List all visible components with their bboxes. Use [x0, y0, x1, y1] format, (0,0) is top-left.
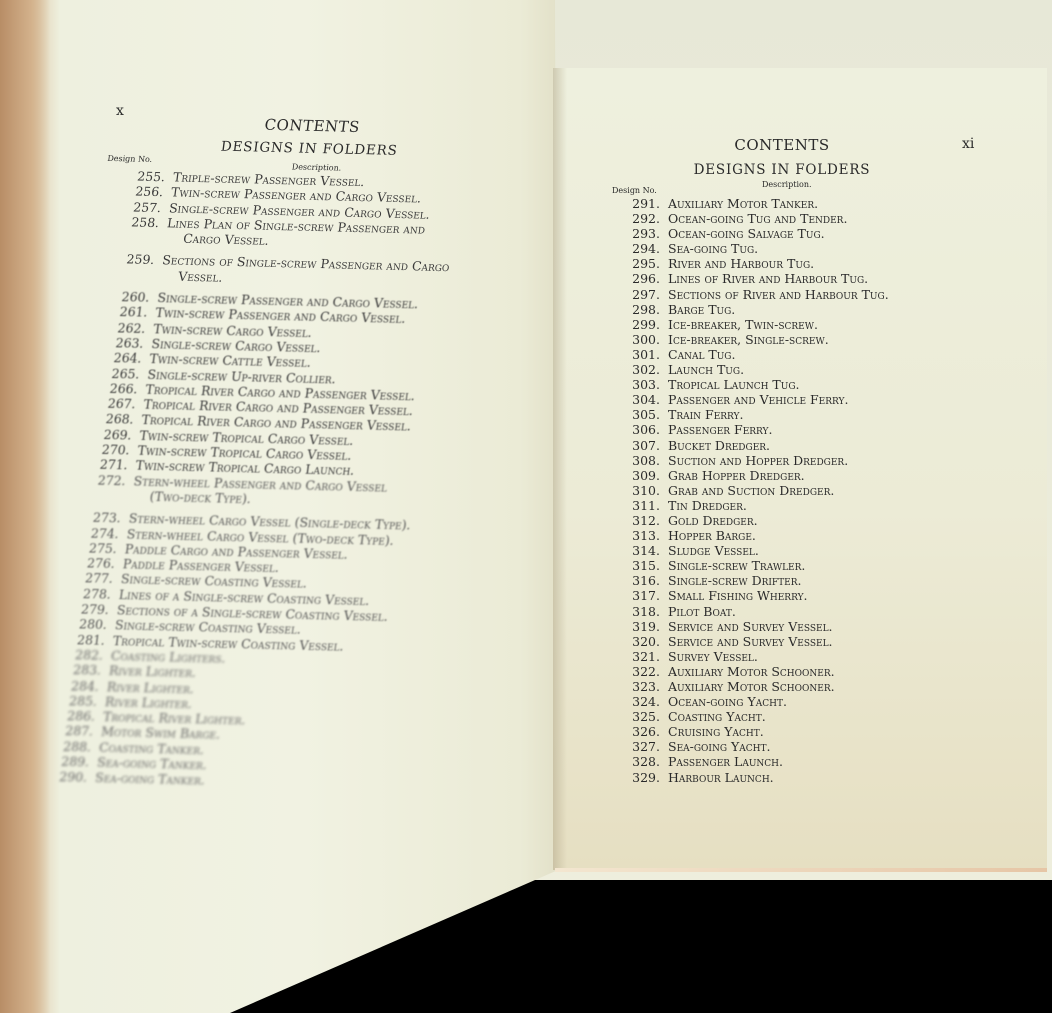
design-number: 275. — [56, 540, 126, 557]
design-number: 256. — [102, 183, 172, 200]
list-item: 297.Sections of River and Harbour Tug. — [612, 287, 952, 302]
design-number: 310. — [612, 483, 668, 498]
design-description: Small Fishing Wherry. — [668, 588, 952, 603]
design-description: Sludge Vessel. — [668, 543, 952, 558]
design-description: Auxiliary Motor Schooner. — [668, 679, 952, 694]
design-description: Grab Hopper Dredger. — [668, 468, 952, 483]
design-number: 325. — [612, 709, 668, 724]
list-item: 321.Survey Vessel. — [612, 649, 952, 664]
design-description: Pilot Boat. — [668, 604, 952, 619]
design-number: 326. — [612, 724, 668, 739]
design-description: Auxiliary Motor Tanker. — [668, 196, 952, 211]
design-description: Canal Tug. — [668, 347, 952, 362]
list-item: 298.Barge Tug. — [612, 302, 952, 317]
design-number: 264. — [81, 350, 151, 367]
list-item: 307.Bucket Dredger. — [612, 438, 952, 453]
list-item: 324.Ocean-going Yacht. — [612, 694, 952, 709]
design-number: 257. — [100, 198, 170, 215]
design-description: Grab and Suction Dredger. — [668, 483, 952, 498]
design-number: 277. — [52, 570, 122, 587]
design-number: 279. — [48, 601, 118, 618]
design-number: 255. — [104, 168, 174, 185]
design-number: 288. — [30, 738, 100, 755]
list-item: 316.Single-screw Drifter. — [612, 573, 952, 588]
design-number: 318. — [612, 604, 668, 619]
list-item: 328.Passenger Launch. — [612, 754, 952, 769]
list-item: 291.Auxiliary Motor Tanker. — [612, 196, 952, 211]
design-number: 271. — [67, 456, 137, 473]
design-number: 258. — [98, 214, 168, 231]
design-number: 314. — [612, 543, 668, 558]
design-description: Tin Dredger. — [668, 498, 952, 513]
list-item: 303.Tropical Launch Tug. — [612, 377, 952, 392]
design-description: Passenger Ferry. — [668, 422, 952, 437]
design-description: Cruising Yacht. — [668, 724, 952, 739]
column-design-no: Design No. — [612, 186, 657, 195]
list-item: 323.Auxiliary Motor Schooner. — [612, 679, 952, 694]
design-number: 266. — [77, 380, 147, 397]
design-number: 316. — [612, 573, 668, 588]
left-entries-list: 255.Triple-screw Passenger Vessel.256.Tw… — [26, 168, 506, 794]
design-number: 270. — [69, 441, 139, 458]
design-number: 302. — [612, 362, 668, 377]
design-number: 259. — [93, 251, 163, 268]
list-item: 292.Ocean-going Tug and Tender. — [612, 211, 952, 226]
design-description: Bucket Dredger. — [668, 438, 952, 453]
list-item: 322.Auxiliary Motor Schooner. — [612, 664, 952, 679]
design-description: Ice-breaker, Single-screw. — [668, 332, 952, 347]
list-item: 302.Launch Tug. — [612, 362, 952, 377]
design-number: 274. — [58, 524, 128, 541]
design-description: Sections of River and Harbour Tug. — [668, 287, 952, 302]
design-description: Survey Vessel. — [668, 649, 952, 664]
design-number: 262. — [85, 319, 155, 336]
list-item: 308.Suction and Hopper Dredger. — [612, 453, 952, 468]
design-description: Service and Survey Vessel. — [668, 634, 952, 649]
design-description: Sea-going Tug. — [668, 241, 952, 256]
list-item: 329.Harbour Launch. — [612, 770, 952, 785]
design-number: 320. — [612, 634, 668, 649]
design-number: 261. — [87, 304, 157, 321]
design-number: 327. — [612, 739, 668, 754]
design-number: 281. — [44, 631, 114, 648]
design-number: 301. — [612, 347, 668, 362]
left-page-edge — [0, 0, 50, 1013]
right-page-number: xi — [962, 136, 974, 152]
design-description: Passenger and Vehicle Ferry. — [668, 392, 952, 407]
design-description: Passenger Launch. — [668, 754, 952, 769]
design-number: 296. — [612, 271, 668, 286]
design-number: 298. — [612, 302, 668, 317]
column-design-no: Design No. — [107, 154, 153, 164]
design-description: Gold Dredger. — [668, 513, 952, 528]
design-number: 263. — [83, 334, 153, 351]
right-column-headers: Design No. Description. — [612, 180, 952, 196]
design-number: 312. — [612, 513, 668, 528]
design-number: 324. — [612, 694, 668, 709]
design-number: 268. — [73, 411, 143, 428]
design-number: 276. — [54, 555, 124, 572]
design-number: 280. — [46, 616, 116, 633]
design-number: 260. — [89, 289, 159, 306]
column-description: Description. — [291, 162, 342, 172]
list-item: 315.Single-screw Trawler. — [612, 558, 952, 573]
list-item: 313.Hopper Barge. — [612, 528, 952, 543]
design-number: 278. — [50, 585, 120, 602]
design-description: Train Ferry. — [668, 407, 952, 422]
design-number: 283. — [40, 662, 110, 679]
design-number: 321. — [612, 649, 668, 664]
design-description: Coasting Yacht. — [668, 709, 952, 724]
list-item: 296.Lines of River and Harbour Tug. — [612, 271, 952, 286]
design-number: 309. — [612, 468, 668, 483]
right-page-content: CONTENTS DESIGNS IN FOLDERS Design No. D… — [612, 136, 952, 785]
design-number: 295. — [612, 256, 668, 271]
list-item: 299.Ice-breaker, Twin-screw. — [612, 317, 952, 332]
design-number: 297. — [612, 287, 668, 302]
design-description: Tropical Launch Tug. — [668, 377, 952, 392]
design-description: Auxiliary Motor Schooner. — [668, 664, 952, 679]
design-number: 328. — [612, 754, 668, 769]
design-description: Lines of River and Harbour Tug. — [668, 271, 952, 286]
design-description: River and Harbour Tug. — [668, 256, 952, 271]
design-number: 294. — [612, 241, 668, 256]
design-description: Barge Tug. — [668, 302, 952, 317]
design-number: 313. — [612, 528, 668, 543]
design-number: 306. — [612, 422, 668, 437]
design-number: 292. — [612, 211, 668, 226]
design-number: 304. — [612, 392, 668, 407]
design-description: Hopper Barge. — [668, 528, 952, 543]
design-number: 300. — [612, 332, 668, 347]
design-number: 290. — [26, 768, 96, 785]
right-entries-list: 291.Auxiliary Motor Tanker.292.Ocean-goi… — [612, 196, 952, 785]
list-item: 300.Ice-breaker, Single-screw. — [612, 332, 952, 347]
design-number: 307. — [612, 438, 668, 453]
design-number: 273. — [60, 509, 130, 526]
design-description: Harbour Launch. — [668, 770, 952, 785]
design-number: 329. — [612, 770, 668, 785]
right-page-bottom-edge — [555, 868, 1047, 872]
list-item: 311.Tin Dredger. — [612, 498, 952, 513]
list-item: 304.Passenger and Vehicle Ferry. — [612, 392, 952, 407]
design-number: 291. — [612, 196, 668, 211]
design-description: Ocean-going Salvage Tug. — [668, 226, 952, 241]
right-page-subtitle: DESIGNS IN FOLDERS — [612, 162, 952, 178]
gutter-shadow — [553, 68, 567, 870]
design-description: Ocean-going Yacht. — [668, 694, 952, 709]
list-item: 325.Coasting Yacht. — [612, 709, 952, 724]
column-description: Description. — [762, 180, 812, 189]
list-item: 319.Service and Survey Vessel. — [612, 619, 952, 634]
list-item: 305.Train Ferry. — [612, 407, 952, 422]
design-number: 284. — [38, 677, 108, 694]
design-number: 323. — [612, 679, 668, 694]
design-number: 269. — [71, 426, 141, 443]
design-number: 315. — [612, 558, 668, 573]
design-number: 303. — [612, 377, 668, 392]
list-item: 294.Sea-going Tug. — [612, 241, 952, 256]
design-number: 305. — [612, 407, 668, 422]
design-description: Launch Tug. — [668, 362, 952, 377]
list-item: 301.Canal Tug. — [612, 347, 952, 362]
design-number: 287. — [32, 723, 102, 740]
design-number: 311. — [612, 498, 668, 513]
design-number: 322. — [612, 664, 668, 679]
design-number: 317. — [612, 588, 668, 603]
design-description: Ice-breaker, Twin-screw. — [668, 317, 952, 332]
list-item: 326.Cruising Yacht. — [612, 724, 952, 739]
design-number: 293. — [612, 226, 668, 241]
list-item: 293.Ocean-going Salvage Tug. — [612, 226, 952, 241]
design-number: 265. — [79, 365, 149, 382]
spacer — [91, 266, 161, 283]
design-description: Suction and Hopper Dredger. — [668, 453, 952, 468]
list-item: 310.Grab and Suction Dredger. — [612, 483, 952, 498]
design-number: 308. — [612, 453, 668, 468]
list-item: 317.Small Fishing Wherry. — [612, 588, 952, 603]
list-item: 320.Service and Survey Vessel. — [612, 634, 952, 649]
list-item: 309.Grab Hopper Dredger. — [612, 468, 952, 483]
list-item: 318.Pilot Boat. — [612, 604, 952, 619]
list-item: 327.Sea-going Yacht. — [612, 739, 952, 754]
design-description: Single-screw Drifter. — [668, 573, 952, 588]
spacer — [96, 229, 166, 246]
list-item: 312.Gold Dredger. — [612, 513, 952, 528]
design-number: 299. — [612, 317, 668, 332]
design-description: Single-screw Trawler. — [668, 558, 952, 573]
design-number: 282. — [42, 646, 112, 663]
design-description: Service and Survey Vessel. — [668, 619, 952, 634]
spacer — [63, 487, 133, 504]
design-number: 272. — [65, 472, 135, 489]
design-number: 286. — [34, 707, 104, 724]
list-item: 314.Sludge Vessel. — [612, 543, 952, 558]
list-item: 295.River and Harbour Tug. — [612, 256, 952, 271]
design-number: 267. — [75, 395, 145, 412]
right-page-title: CONTENTS — [612, 136, 952, 154]
design-description: Ocean-going Tug and Tender. — [668, 211, 952, 226]
list-item: 306.Passenger Ferry. — [612, 422, 952, 437]
design-number: 289. — [28, 753, 98, 770]
design-description: Sea-going Yacht. — [668, 739, 952, 754]
design-number: 319. — [612, 619, 668, 634]
design-number: 285. — [36, 692, 106, 709]
